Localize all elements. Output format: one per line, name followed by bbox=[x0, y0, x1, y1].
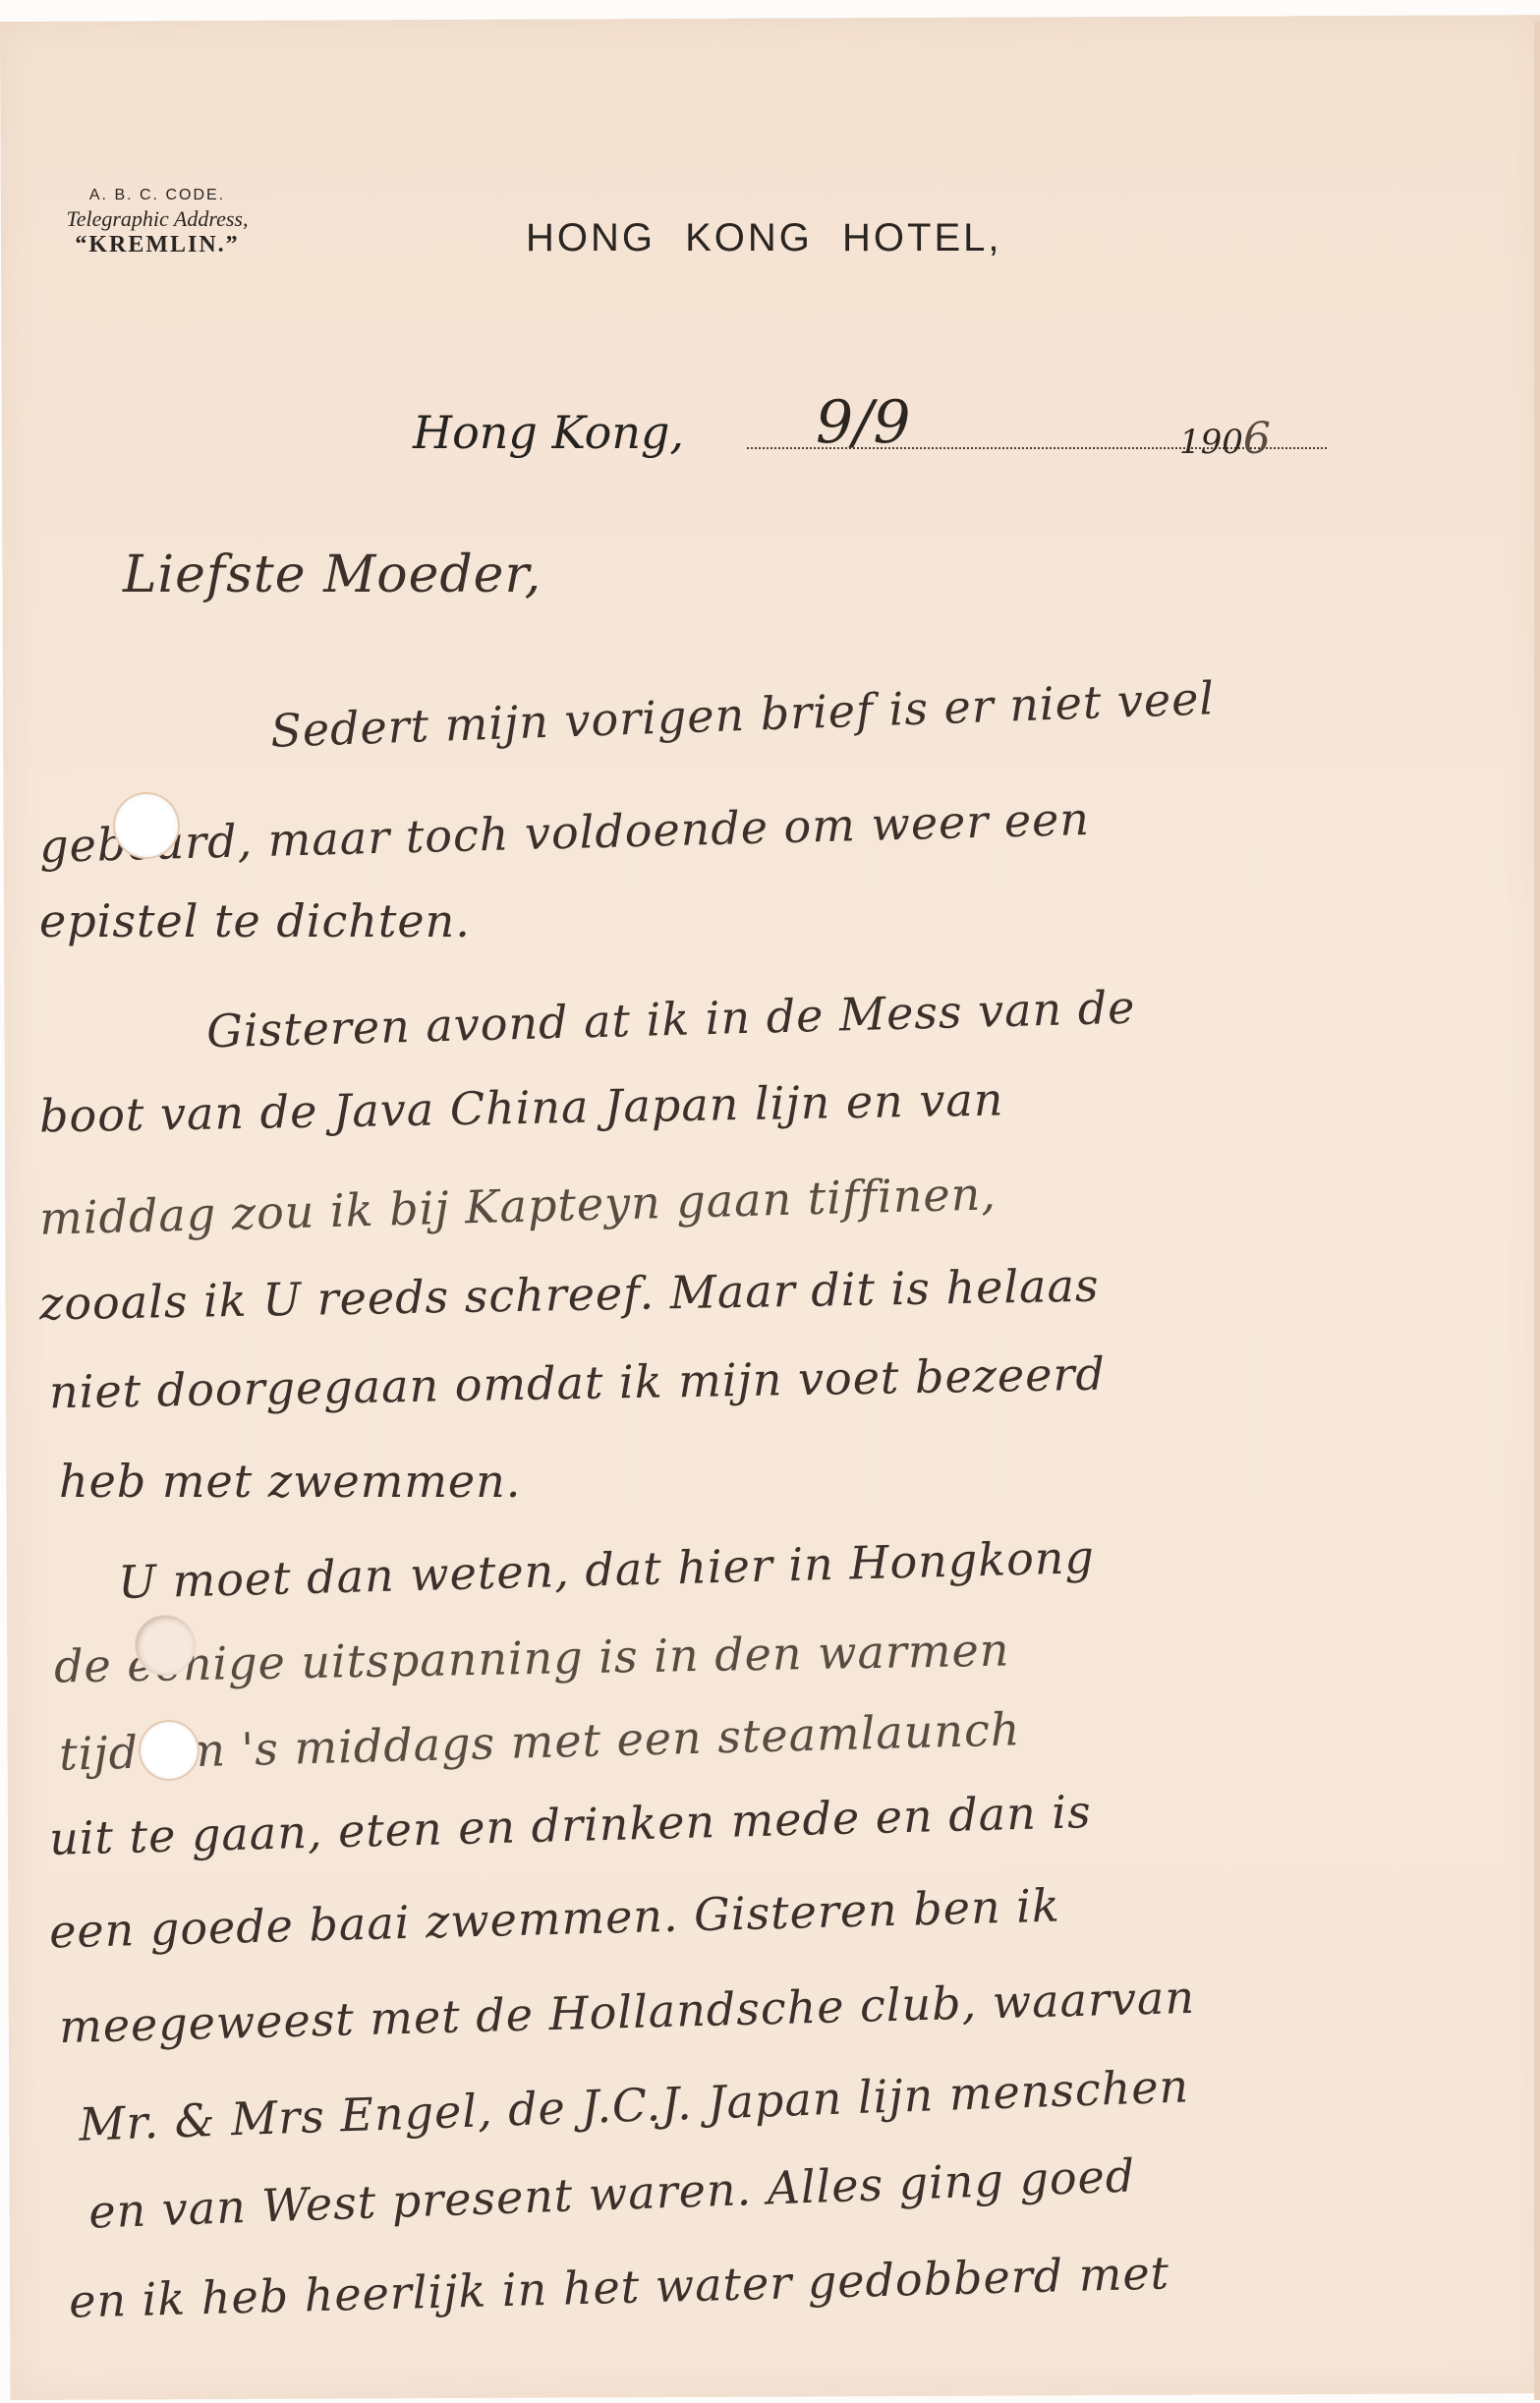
letterhead-telegraphic-block: A. B. C. CODE. Telegraphic Address, “KRE… bbox=[29, 187, 285, 258]
dateline-year-prefix: 190 bbox=[1179, 423, 1243, 462]
dateline: Hong Kong, 9/9 1906 bbox=[413, 398, 1327, 477]
punch-hole bbox=[141, 1722, 198, 1779]
punch-hole bbox=[115, 794, 178, 857]
telegraphic-address-label: Telegraphic Address, bbox=[29, 206, 285, 232]
letter-line: heb met zwemmen. bbox=[59, 1455, 521, 1508]
punch-hole-embossed bbox=[136, 1616, 195, 1675]
salutation: Liefste Moeder, bbox=[123, 545, 542, 604]
dateline-year: 1906 bbox=[1179, 414, 1271, 464]
telegraphic-address-name: “KREMLIN.” bbox=[29, 232, 285, 258]
letter-line: epistel te dichten. bbox=[39, 894, 471, 947]
abc-code-line: A. B. C. CODE. bbox=[29, 187, 285, 204]
dateline-day-month: 9/9 bbox=[816, 388, 911, 457]
paper-edge bbox=[1534, 22, 1540, 2400]
hotel-name-heading: HONG KONG HOTEL, bbox=[526, 216, 1002, 260]
dateline-place: Hong Kong, bbox=[413, 406, 684, 459]
dateline-year-suffix: 6 bbox=[1243, 414, 1271, 464]
